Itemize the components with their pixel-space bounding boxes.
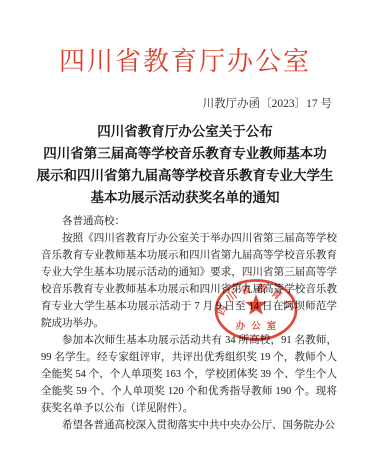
agency-header: 四川省教育厅办公室: [0, 46, 370, 78]
document-page: 四川省教育厅办公室 川教厅办函〔2023〕17 号 四川省教育厅办公室关于公布 …: [0, 0, 370, 471]
title-line-2: 四川省第三届高等学校音乐教育专业教师基本功: [0, 143, 370, 165]
seal-star-icon: [245, 294, 267, 315]
official-seal-stamp: 四川省教育厅 办公室 5151080215810: [210, 274, 302, 348]
title-line-4: 基本功展示活动获奖名单的通知: [0, 187, 370, 209]
title-line-3: 展示和四川省第九届高等学校音乐教育专业大学生: [0, 165, 370, 187]
paragraph-3: 希望各普通高校深入贯彻落实中共中央办公厅、国务院办公: [41, 417, 337, 434]
title-line-1: 四川省教育厅办公室关于公布: [0, 121, 370, 143]
document-title: 四川省教育厅办公室关于公布 四川省第三届高等学校音乐教育专业教师基本功 展示和四…: [0, 121, 370, 209]
salutation: 各普通高校：: [41, 213, 337, 230]
seal-office-text: 办公室: [236, 320, 283, 332]
doc-number: 川教厅办函〔2023〕17 号: [203, 95, 332, 111]
